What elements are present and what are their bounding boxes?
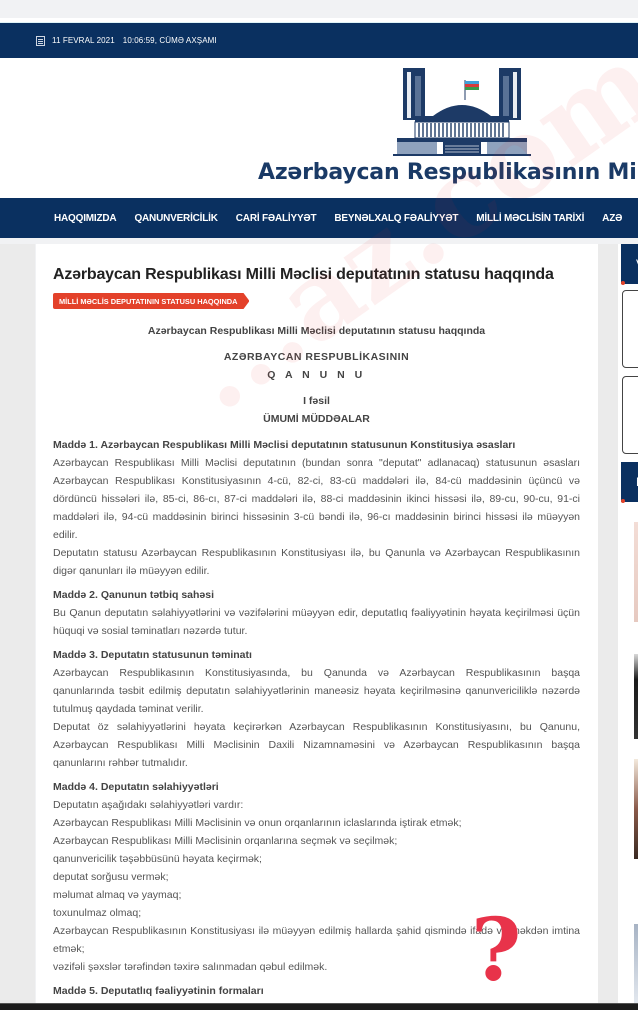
list-item: qanunvericilik təşəbbüsünü həyata keçirm… [53, 850, 580, 868]
nav-item-beynelxalq-fealiyyet[interactable]: BEYNƏLXALQ FƏALİYYƏT [334, 213, 458, 224]
paragraph: Bu Qanun deputatın səlahiyyətlərini və v… [53, 604, 580, 640]
paragraph: Deputatın statusu Azərbaycan Respublikas… [53, 544, 580, 580]
paragraph: Azərbaycan Respublikası Milli Məclisi de… [53, 454, 580, 544]
site-title[interactable]: Azərbaycan Respublikasının Milli Məclisi [258, 160, 638, 185]
sidebar-card[interactable] [622, 290, 638, 368]
nav-item-qanunvericilik[interactable]: QANUNVERİCİLİK [134, 213, 217, 224]
article-title: Maddə 3. Deputatın statusunun təminatı [53, 646, 580, 664]
news-thumbnail[interactable] [634, 522, 638, 622]
list-item: Deputatın aşağıdakı səlahiyyətləri vardı… [53, 796, 580, 814]
article-1: Maddə 1. Azərbaycan Respublikası Milli M… [53, 436, 580, 580]
current-time: 10:06:59, CÜMƏ AXŞAMI [123, 36, 217, 45]
current-date: 11 FEVRAL 2021 [52, 36, 115, 45]
article-title: Maddə 1. Azərbaycan Respublikası Milli M… [53, 436, 580, 454]
calendar-icon [36, 36, 45, 46]
sidebar-widget-header[interactable]: V [621, 244, 638, 284]
list-item: deputat sorğusu vermək; [53, 868, 580, 886]
browser-strip [0, 0, 638, 18]
paragraph: Azərbaycan Respublikasının Konstitusiyas… [53, 664, 580, 718]
top-info-bar: 11 FEVRAL 2021 10:06:59, CÜMƏ AXŞAMI [0, 23, 638, 58]
article-title: Maddə 2. Qanunun tətbiq sahəsi [53, 586, 580, 604]
republic-heading: AZƏRBAYCAN RESPUBLİKASININ [53, 348, 580, 366]
article-3: Maddə 3. Deputatın statusunun təminatı A… [53, 646, 580, 772]
news-thumbnail[interactable] [634, 654, 638, 739]
news-thumbnail[interactable] [634, 759, 638, 859]
article-content: Azərbaycan Respublikası Milli Məclisi de… [36, 244, 598, 1010]
doc-heading: Azərbaycan Respublikası Milli Məclisi de… [53, 322, 580, 340]
sidebar-card[interactable] [622, 376, 638, 454]
list-item: Azərbaycan Respublikası Milli Məclisinin… [53, 832, 580, 850]
news-thumbnail[interactable] [634, 924, 638, 1010]
law-heading: Q A N U N U [53, 366, 580, 384]
article-title: Maddə 4. Deputatın səlahiyyətləri [53, 778, 580, 796]
category-tag[interactable]: MİLLİ MƏCLİS DEPUTATININ STATUSU HAQQIND… [53, 293, 249, 309]
parliament-logo-icon[interactable] [393, 66, 531, 156]
left-gutter [0, 244, 35, 1010]
nav-item-haqqimizda[interactable]: HAQQIMIZDA [54, 213, 116, 224]
nav-item-aze[interactable]: AZƏ [602, 213, 622, 224]
right-sidebar: V N [618, 244, 638, 1010]
list-item: Azərbaycan Respublikası Milli Məclisinin… [53, 814, 580, 832]
nav-item-cari-fealiyyet[interactable]: CARİ FƏALİYYƏT [236, 213, 317, 224]
chapter-title: ÜMUMİ MÜDDƏALAR [53, 410, 580, 428]
site-header: Azərbaycan Respublikasının Milli Məclisi [0, 58, 638, 198]
page-title: Azərbaycan Respublikası Milli Məclisi de… [53, 266, 554, 284]
nav-item-milli-meclisin-tarixi[interactable]: MİLLİ MƏCLİSİN TARİXİ [476, 213, 584, 224]
right-gutter [598, 244, 618, 1010]
main-nav: HAQQIMIZDA QANUNVERİCİLİK CARİ FƏALİYYƏT… [0, 198, 638, 238]
sidebar-widget-header[interactable]: N [621, 462, 638, 502]
question-mark-icon: ? [471, 908, 521, 994]
paragraph: Deputat öz səlahiyyətlərini həyata keçir… [53, 718, 580, 772]
article-2: Maddə 2. Qanunun tətbiq sahəsi Bu Qanun … [53, 586, 580, 640]
page: 11 FEVRAL 2021 10:06:59, CÜMƏ AXŞAMI [0, 0, 638, 1010]
chapter-number: I fəsil [53, 392, 580, 410]
taskbar-edge [0, 1003, 638, 1010]
